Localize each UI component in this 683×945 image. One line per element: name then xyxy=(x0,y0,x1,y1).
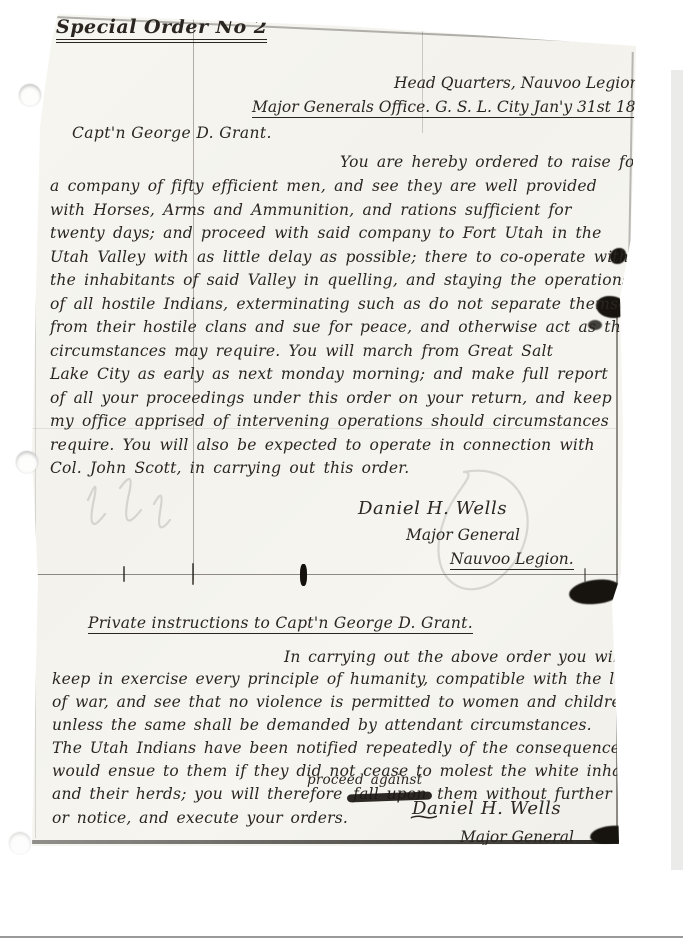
order-body-line: of all your proceedings under this order… xyxy=(50,387,659,411)
headquarters-line: Head Quarters, Nauvoo Legion xyxy=(394,74,634,92)
private-body-line: The Utah Indians have been notified repe… xyxy=(52,737,683,760)
punch-hole xyxy=(19,84,41,106)
order-body-line: circumstances may require. You will marc… xyxy=(50,340,659,364)
order-body-line: a company of fifty efficient men, and se… xyxy=(50,175,659,199)
signature-name: Daniel H. Wells xyxy=(358,498,507,519)
signature-title: Major General xyxy=(460,828,574,846)
order-body-line: the inhabitants of said Valley in quelli… xyxy=(50,269,659,293)
order-body-line: twenty days; and proceed with said compa… xyxy=(50,222,659,246)
private-opening-line: In carrying out the above order you will xyxy=(284,646,623,669)
private-body-line: of war, and see that no violence is perm… xyxy=(52,691,683,714)
document-sheet: Special Order No 2 Head Quarters, Nauvoo… xyxy=(24,8,640,848)
scan-bottom-line xyxy=(0,936,683,938)
order-body-line: of all hostile Indians, exterminating su… xyxy=(50,293,659,317)
inserted-text: proceed against xyxy=(307,769,422,792)
private-body-line: unless the same shall be demanded by att… xyxy=(52,714,683,737)
order-body-line: my office apprised of intervening operat… xyxy=(50,410,659,434)
order-opening-line: You are hereby ordered to raise forthwit… xyxy=(340,151,683,175)
order-body-line: with Horses, Arms and Ammunition, and ra… xyxy=(50,199,659,223)
scanner-edge-strip xyxy=(671,70,683,870)
edit-line-pre: and their herds; you will therefore xyxy=(52,785,343,803)
signature-organization: Nauvoo Legion. xyxy=(450,550,574,570)
private-body-line: keep in exercise every principle of huma… xyxy=(52,668,683,691)
order-body-line: Col. John Scott, in carrying out this or… xyxy=(50,457,659,481)
order-body: a company of fifty efficient men, and se… xyxy=(50,175,659,481)
order-body-line: require. You will also be expected to op… xyxy=(50,434,659,458)
signature-title: Major General xyxy=(406,526,520,544)
private-edited-line: and their herds; you will therefore fall… xyxy=(52,783,683,806)
order-body-line: from their hostile clans and sue for pea… xyxy=(50,316,659,340)
salutation: Capt'n George D. Grant. xyxy=(72,124,272,142)
order-body-line: Lake City as early as next monday mornin… xyxy=(50,363,659,387)
punch-hole xyxy=(16,451,38,473)
private-closing-line: or notice, and execute your orders. ~ xyxy=(52,806,683,830)
private-body: keep in exercise every principle of huma… xyxy=(52,668,683,830)
order-heading: Special Order No 2 xyxy=(56,16,267,43)
signature-name: Daniel H. Wells xyxy=(412,798,561,819)
office-date-line: Major Generals Office. G. S. L. City Jan… xyxy=(252,98,638,118)
order-body-line: Utah Valley with as little delay as poss… xyxy=(50,246,659,270)
punch-hole xyxy=(9,832,31,854)
private-instructions-heading: Private instructions to Capt'n George D.… xyxy=(88,614,473,634)
